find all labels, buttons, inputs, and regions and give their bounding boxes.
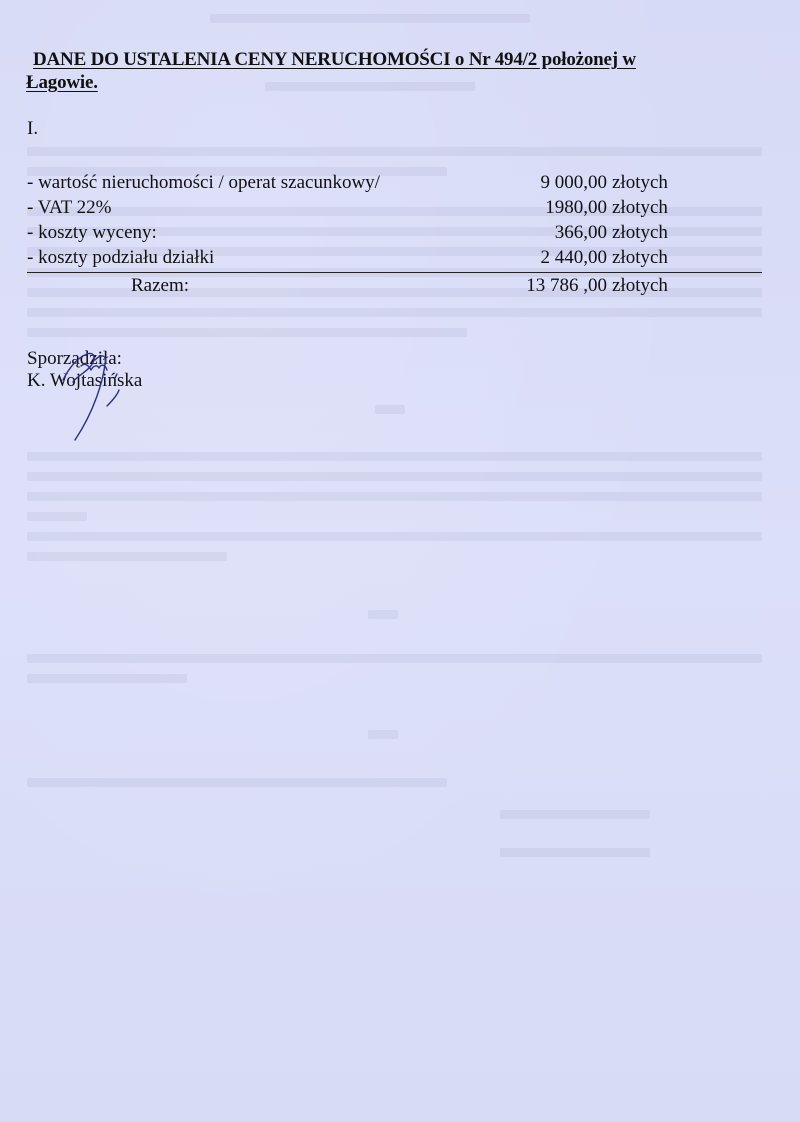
total-unit: złotych bbox=[612, 273, 668, 298]
cost-item-amount: 1980,00 bbox=[545, 195, 607, 220]
handwritten-signature-icon bbox=[55, 340, 145, 450]
cost-item-unit: złotych bbox=[612, 245, 668, 270]
cost-item-label: - VAT 22% bbox=[27, 195, 111, 220]
total-label: Razem: bbox=[131, 273, 189, 298]
cost-item-row: - koszty podziału działki 2 440,00 złoty… bbox=[27, 245, 767, 270]
document-title: DANE DO USTALENIA CENY NERUCHOMOŚCI o Nr… bbox=[26, 48, 766, 94]
cost-item-amount: 2 440,00 bbox=[541, 245, 608, 270]
scanned-page: DANE DO USTALENIA CENY NERUCHOMOŚCI o Nr… bbox=[0, 0, 800, 1122]
title-line-1: DANE DO USTALENIA CENY NERUCHOMOŚCI o Nr… bbox=[26, 48, 766, 71]
cost-item-unit: złotych bbox=[612, 195, 668, 220]
cost-item-row: - wartość nieruchomości / operat szacunk… bbox=[27, 170, 767, 195]
total-amount: 13 786 ,00 bbox=[526, 273, 607, 298]
title-line-2: Łagowie. bbox=[26, 72, 98, 93]
cost-item-label: - wartość nieruchomości / operat szacunk… bbox=[27, 170, 380, 195]
cost-item-amount: 9 000,00 bbox=[541, 170, 608, 195]
cost-item-unit: złotych bbox=[612, 220, 668, 245]
cost-item-amount: 366,00 bbox=[555, 220, 607, 245]
total-row: Razem: 13 786 ,00 złotych bbox=[27, 273, 767, 298]
cost-item-row: - VAT 22% 1980,00 złotych bbox=[27, 195, 767, 220]
cost-item-row: - koszty wyceny: 366,00 złotych bbox=[27, 220, 767, 245]
cost-item-unit: złotych bbox=[612, 170, 668, 195]
section-number: I. bbox=[27, 118, 38, 140]
cost-item-label: - koszty podziału działki bbox=[27, 245, 214, 270]
cost-items-list: - wartość nieruchomości / operat szacunk… bbox=[27, 170, 767, 270]
cost-item-label: - koszty wyceny: bbox=[27, 220, 157, 245]
